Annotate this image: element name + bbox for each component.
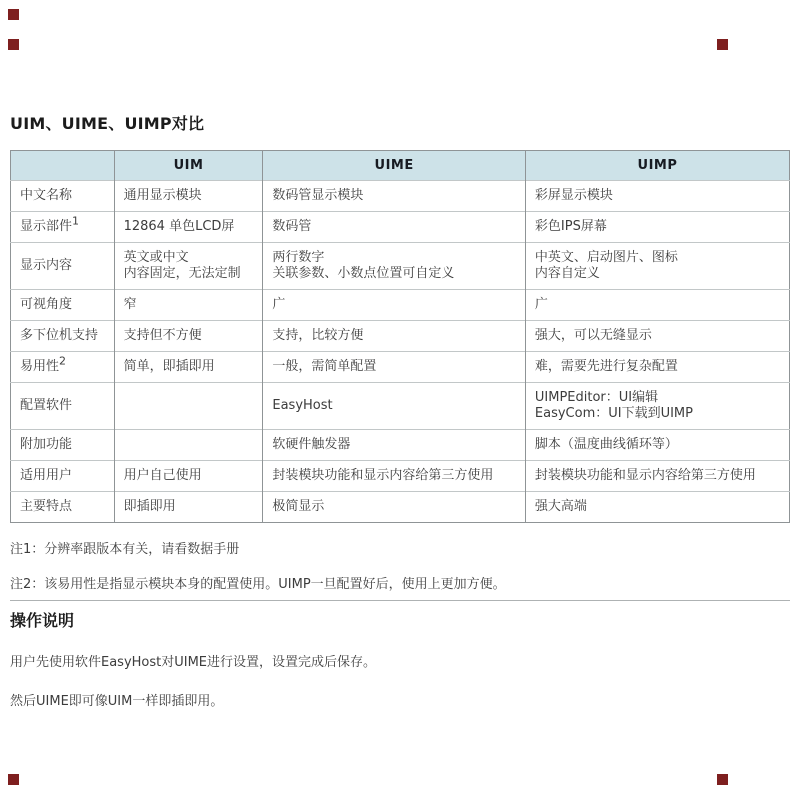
- row-label: 易用性2: [11, 352, 115, 383]
- table-cell: 软硬件触发器: [263, 430, 526, 461]
- section-divider: [10, 600, 790, 601]
- table-cell: UIMPEditor：UI编辑EasyCom：UI下载到UIMP: [525, 383, 789, 430]
- table-cell: 极简显示: [263, 492, 526, 523]
- table-row: 主要特点即插即用极简显示强大高端: [11, 492, 790, 523]
- corner-marker: [717, 39, 728, 50]
- table-cell: [114, 383, 263, 430]
- row-label: 可视角度: [11, 290, 115, 321]
- table-cell: 彩色IPS屏幕: [525, 212, 789, 243]
- table-cell: 数码管显示模块: [263, 181, 526, 212]
- footnote-marker: 2: [59, 355, 66, 368]
- table-cell: 中英文、启动图片、图标内容自定义: [525, 243, 789, 290]
- row-label: 多下位机支持: [11, 321, 115, 352]
- table-row: 可视角度窄广广: [11, 290, 790, 321]
- row-label: 显示部件1: [11, 212, 115, 243]
- document-page: UIM、UIME、UIMP对比 UIMUIMEUIMP 中文名称通用显示模块数码…: [10, 111, 790, 709]
- table-row: 适用用户用户自己使用封装模块功能和显示内容给第三方使用封装模块功能和显示内容给第…: [11, 461, 790, 492]
- row-label: 附加功能: [11, 430, 115, 461]
- table-cell: 12864 单色LCD屏: [114, 212, 263, 243]
- column-header: UIMP: [525, 151, 789, 181]
- table-cell: 支持但不方便: [114, 321, 263, 352]
- corner-marker: [8, 774, 19, 785]
- table-cell: 英文或中文内容固定，无法定制: [114, 243, 263, 290]
- page-title: UIM、UIME、UIMP对比: [10, 111, 790, 134]
- row-label: 显示内容: [11, 243, 115, 290]
- table-cell: 彩屏显示模块: [525, 181, 789, 212]
- table-cell: 广: [263, 290, 526, 321]
- column-header: UIM: [114, 151, 263, 181]
- row-label: 中文名称: [11, 181, 115, 212]
- column-header: [11, 151, 115, 181]
- table-cell: 难，需要先进行复杂配置: [525, 352, 789, 383]
- corner-marker: [8, 39, 19, 50]
- table-body: 中文名称通用显示模块数码管显示模块彩屏显示模块显示部件112864 单色LCD屏…: [11, 181, 790, 523]
- table-row: 多下位机支持支持但不方便支持，比较方便强大，可以无缝显示: [11, 321, 790, 352]
- table-cell: 广: [525, 290, 789, 321]
- row-label: 主要特点: [11, 492, 115, 523]
- table-row: 中文名称通用显示模块数码管显示模块彩屏显示模块: [11, 181, 790, 212]
- table-row: 配置软件EasyHostUIMPEditor：UI编辑EasyCom：UI下载到…: [11, 383, 790, 430]
- table-cell: 即插即用: [114, 492, 263, 523]
- instruction-paragraph-1: 用户先使用软件EasyHost对UIME进行设置，设置完成后保存。: [10, 651, 790, 670]
- table-cell: 脚本（温度曲线循环等）: [525, 430, 789, 461]
- table-cell: 封装模块功能和显示内容给第三方使用: [525, 461, 789, 492]
- table-row: 附加功能软硬件触发器脚本（温度曲线循环等）: [11, 430, 790, 461]
- comparison-table: UIMUIMEUIMP 中文名称通用显示模块数码管显示模块彩屏显示模块显示部件1…: [10, 150, 790, 523]
- table-cell: 一般，需简单配置: [263, 352, 526, 383]
- table-cell: 强大高端: [525, 492, 789, 523]
- table-cell: 窄: [114, 290, 263, 321]
- corner-marker: [8, 9, 19, 20]
- column-header: UIME: [263, 151, 526, 181]
- table-row: 易用性2简单，即插即用一般，需简单配置难，需要先进行复杂配置: [11, 352, 790, 383]
- footnote-2: 注2：该易用性是指显示模块本身的配置使用。UIMP一旦配置好后，使用上更加方便。: [10, 573, 790, 592]
- table-cell: 通用显示模块: [114, 181, 263, 212]
- footnote-1: 注1：分辨率跟版本有关，请看数据手册: [10, 538, 790, 557]
- instruction-paragraph-2: 然后UIME即可像UIM一样即插即用。: [10, 690, 790, 709]
- table-cell: 数码管: [263, 212, 526, 243]
- section-title: 操作说明: [10, 608, 790, 631]
- table-cell: 简单，即插即用: [114, 352, 263, 383]
- table-cell: 强大，可以无缝显示: [525, 321, 789, 352]
- table-row: 显示内容英文或中文内容固定，无法定制两行数字关联参数、小数点位置可自定义中英文、…: [11, 243, 790, 290]
- table-cell: 两行数字关联参数、小数点位置可自定义: [263, 243, 526, 290]
- table-cell: EasyHost: [263, 383, 526, 430]
- table-header-row: UIMUIMEUIMP: [11, 151, 790, 181]
- table-cell: [114, 430, 263, 461]
- row-label: 配置软件: [11, 383, 115, 430]
- table-cell: 用户自己使用: [114, 461, 263, 492]
- footnote-marker: 1: [72, 215, 79, 228]
- row-label: 适用用户: [11, 461, 115, 492]
- table-row: 显示部件112864 单色LCD屏数码管彩色IPS屏幕: [11, 212, 790, 243]
- table-cell: 封装模块功能和显示内容给第三方使用: [263, 461, 526, 492]
- table-cell: 支持，比较方便: [263, 321, 526, 352]
- corner-marker: [717, 774, 728, 785]
